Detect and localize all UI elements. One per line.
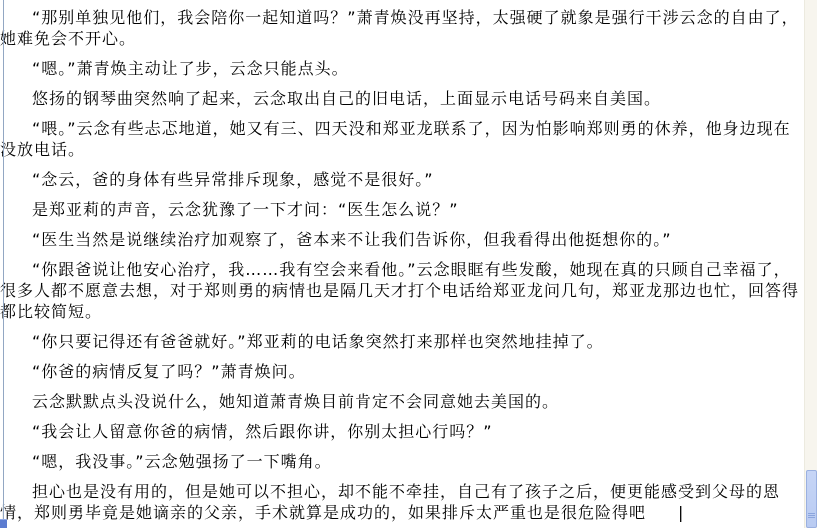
left-border-line (3, 0, 4, 528)
grip-lines-icon (808, 513, 815, 514)
corner-scrollbar-fragment (0, 519, 7, 528)
paragraph: “念云，爸的身体有些异常排斥现象，感觉不是很好。” (0, 169, 803, 190)
novel-text-area[interactable]: “那别单独见他们，我会陪你一起知道吗？”萧青焕没再坚持，太强硬了就象是强行干涉云… (0, 0, 803, 528)
scrollbar-thumb[interactable] (806, 470, 817, 528)
paragraph: 云念默默点头没说什么，她知道萧青焕目前肯定不会同意她去美国的。 (0, 391, 803, 412)
vertical-scrollbar[interactable] (804, 0, 817, 528)
paragraph: “你爸的病情反复了吗？”萧青焕问。 (0, 361, 803, 382)
paragraph: “那别单独见他们，我会陪你一起知道吗？”萧青焕没再坚持，太强硬了就象是强行干涉云… (0, 7, 803, 49)
paragraph: 担心也是没有用的，但是她可以不担心，却不能不牵挂，自己有了孩子之后，便更能感受到… (0, 481, 803, 523)
text-caret: | (646, 502, 683, 523)
paragraph: “你只要记得还有爸爸就好。”郑亚莉的电话象突然打来那样也突然地挂掉了。 (0, 331, 803, 352)
paragraph: 是郑亚莉的声音，云念犹豫了一下才问：“医生怎么说？” (0, 199, 803, 220)
paragraph: “医生当然是说继续治疗加观察了，爸本来不让我们告诉你，但我看得出他挺想你的。” (0, 229, 803, 250)
paragraph: “嗯，我没事。”云念勉强扬了一下嘴角。 (0, 451, 803, 472)
paragraph: “你跟爸说让他安心治疗，我……我有空会来看他。”云念眼眶有些发酸，她现在真的只顾… (0, 259, 803, 322)
paragraph: 悠扬的钢琴曲突然响了起来，云念取出自己的旧电话，上面显示电话号码来自美国。 (0, 88, 803, 109)
reader-page: “那别单独见他们，我会陪你一起知道吗？”萧青焕没再坚持，太强硬了就象是强行干涉云… (0, 0, 817, 528)
paragraph: “喂。”云念有些忐忑地道，她又有三、四天没和郑亚龙联系了，因为怕影响郑则勇的休养… (0, 118, 803, 160)
paragraph: “嗯。”萧青焕主动让了步，云念只能点头。 (0, 58, 803, 79)
paragraph: “我会让人留意你爸的病情，然后跟你讲，你别太担心行吗？” (0, 421, 803, 442)
